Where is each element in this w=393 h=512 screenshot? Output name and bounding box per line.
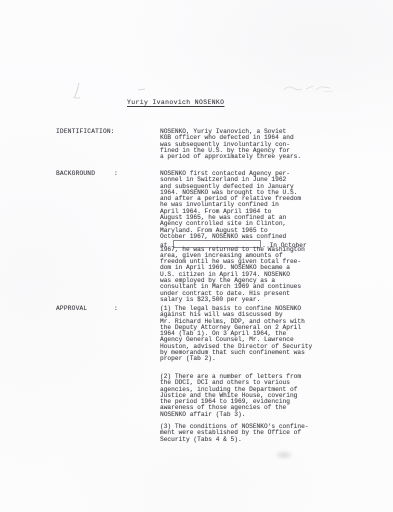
background-label: BACKGROUND (56, 171, 95, 177)
approval-separator: : (114, 306, 118, 312)
scan-smudge (274, 450, 294, 460)
scanned-document-page: Yuriy Ivanovich NOSENKO IDENTIFICATION: … (0, 0, 393, 512)
pencil-dash-mark (138, 89, 145, 91)
background-body: NOSENKO first contacted Agency per-sonne… (160, 171, 322, 303)
document-title: Yuriy Ivanovich NOSENKO (127, 100, 224, 106)
background-separator: : (114, 171, 118, 177)
pencil-mark (70, 82, 84, 103)
approval-paragraph-2: (2) There are a number of letters fromth… (160, 374, 322, 424)
approval-paragraph-3: (3) The conditions of NOSENKO's confine-… (160, 424, 322, 443)
approval-label: APPROVAL (56, 306, 87, 312)
identification-body: NOSENKO, Yuriy Ivanovich, a SovietKGB of… (160, 129, 322, 160)
handwritten-scribble (280, 81, 336, 95)
approval-paragraph-1: (1) The legal basis to confine NOSENKOag… (160, 306, 322, 363)
identification-label: IDENTIFICATION: (56, 129, 115, 135)
